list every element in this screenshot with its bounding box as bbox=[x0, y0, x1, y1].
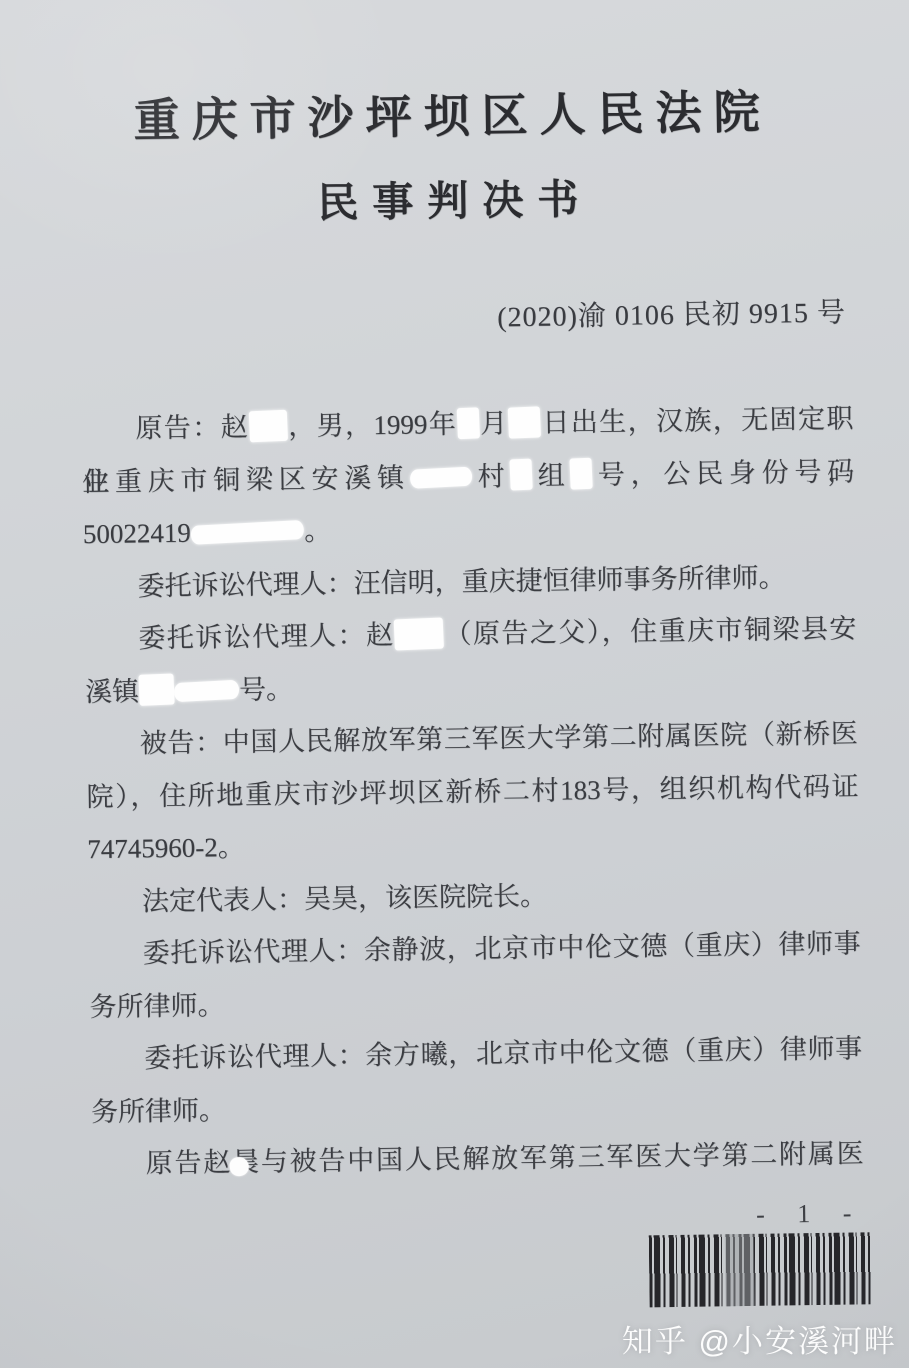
text-run: 委托诉讼代理人：余静波，北京市中伦文德（重庆）律师事 bbox=[143, 928, 861, 968]
text-run: 法定代表人：吴昊，该医院院长。 bbox=[142, 880, 547, 916]
case-number: (2020)渝 0106 民初 9915 号 bbox=[497, 291, 846, 336]
text-run: （原告之父），住重庆市铜梁县安 bbox=[443, 613, 857, 649]
text-run: 号，公民身份号码 bbox=[592, 456, 854, 490]
redaction-mark bbox=[510, 459, 533, 491]
redaction-mark bbox=[248, 410, 287, 443]
text-run: 住重庆市铜梁区安溪镇 bbox=[82, 462, 410, 497]
text-run: 。 bbox=[304, 516, 331, 546]
judgment-document: 重庆市沙坪坝区人民法院 民事判决书 (2020)渝 0106 民初 9915 号… bbox=[0, 0, 909, 1368]
text-line: 住重庆市铜梁区安溪镇村组号，公民身份号码 bbox=[82, 445, 855, 508]
text-run: 务所律师。 bbox=[91, 1095, 226, 1127]
document-type-title: 民事判决书 bbox=[0, 162, 903, 234]
redaction-mark bbox=[570, 458, 593, 490]
redaction-mark bbox=[394, 617, 444, 650]
text-run: 与被告中国人民解放军第三军医大学第二附属医 bbox=[261, 1138, 864, 1176]
text-run: 溪镇 bbox=[85, 676, 139, 707]
text-run: 月 bbox=[479, 408, 509, 438]
text-line: 委托诉讼代理人：赵（原告之父），住重庆市铜梁县安 bbox=[84, 602, 857, 665]
text-run: 号。 bbox=[239, 674, 293, 705]
text-run: 原告：赵 bbox=[135, 412, 249, 444]
text-run: 务所律师。 bbox=[89, 990, 224, 1022]
redaction-mark bbox=[457, 407, 480, 439]
text-run: 74745960-2。 bbox=[87, 832, 245, 864]
smudged-char: 晨 bbox=[232, 1147, 261, 1177]
text-run: 被告：中国人民解放军第三军医大学第二附属医院（新桥医 bbox=[140, 718, 858, 758]
barcode bbox=[649, 1232, 874, 1307]
text-line: 委托诉讼代理人：余静波，北京市中伦文德（重庆）律师事 bbox=[88, 917, 861, 980]
redaction-mark bbox=[138, 674, 174, 706]
text-line: 院），住所地重庆市沙坪坝区新桥二村183号，组织机构代码证 bbox=[86, 760, 859, 823]
text-run: 村 bbox=[472, 461, 511, 492]
text-run: 组 bbox=[532, 460, 571, 491]
text-line: 原告赵晨与被告中国人民解放军第三军医大学第二附属医 bbox=[91, 1127, 864, 1190]
document-photo: 重庆市沙坪坝区人民法院 民事判决书 (2020)渝 0106 民初 9915 号… bbox=[0, 0, 909, 1368]
page-number: - 1 - bbox=[756, 1198, 861, 1229]
document-body: 原告：赵，男，1999年月日出生，汉族，无固定职业，住重庆市铜梁区安溪镇村组号，… bbox=[81, 392, 864, 1190]
text-run: 50022419 bbox=[83, 518, 191, 550]
text-run: 原告赵 bbox=[145, 1147, 232, 1178]
text-run: 委托诉讼代理人：赵 bbox=[138, 620, 394, 654]
redaction-mark bbox=[508, 406, 542, 438]
watermark: 知乎 @小安溪河畔 bbox=[622, 1316, 897, 1361]
text-run: 委托诉讼代理人：汪信明，重庆捷恒律师事务所律师。 bbox=[137, 562, 785, 601]
text-line: 委托诉讼代理人：余方曦，北京市中伦文德（重庆）律师事 bbox=[90, 1022, 863, 1085]
text-run: 院），住所地重庆市沙坪坝区新桥二村183号，组织机构代码证 bbox=[86, 771, 858, 812]
text-run: ，男，1999年 bbox=[287, 409, 458, 441]
text-run: 委托诉讼代理人：余方曦，北京市中伦文德（重庆）律师事 bbox=[144, 1033, 862, 1073]
redaction-mark bbox=[409, 466, 472, 489]
court-name: 重庆市沙坪坝区人民法院 bbox=[0, 74, 901, 153]
redaction-mark bbox=[174, 679, 240, 702]
redaction-mark bbox=[190, 520, 304, 545]
